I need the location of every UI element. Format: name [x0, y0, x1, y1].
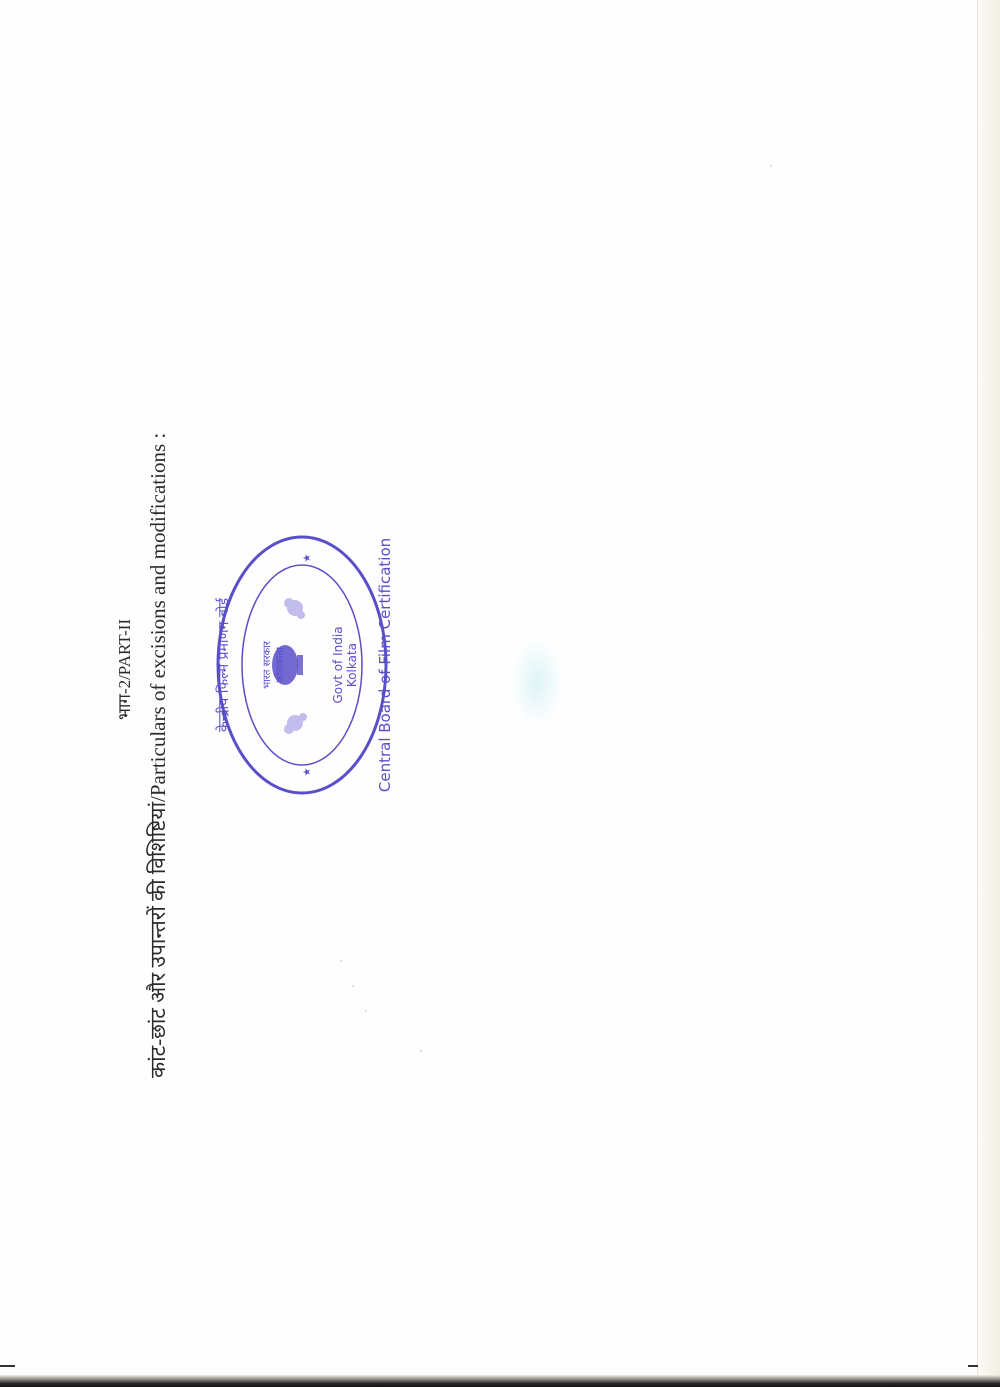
crop-mark-left	[0, 1365, 15, 1367]
scanner-bottom-border	[0, 1375, 1000, 1387]
stamp-inner-english-2: Kolkata	[345, 643, 359, 687]
stamp-star-right: ★	[302, 553, 313, 562]
dust-speck	[352, 985, 354, 987]
scanned-page: भाग-2/PART-II कांट-छांट और उपान्तरों की …	[0, 0, 1000, 1387]
dust-speck	[365, 1010, 367, 1012]
part-label: भाग-2/PART-II	[112, 619, 135, 720]
section-heading: कांट-छांट और उपान्तरों की विशिष्टियां/Pa…	[144, 433, 172, 1078]
faint-cyan-smudge	[512, 640, 562, 725]
dust-speck	[340, 960, 342, 962]
stamp-inner-hindi-1: भारत सरकार	[262, 640, 273, 689]
stamp-star-left: ★	[302, 767, 313, 776]
stamp-inner-english-1: Govt of India	[331, 626, 345, 703]
national-emblem-icon	[272, 645, 303, 685]
page-edge-shadow	[977, 0, 1000, 1387]
stamp-outer-hindi: केन्द्रीय फिल्म प्रमाणन बोर्ड	[215, 597, 232, 732]
crop-mark-right	[968, 1365, 978, 1367]
dust-speck	[770, 165, 772, 167]
cbfc-seal-stamp: केन्द्रीय फिल्म प्रमाणन बोर्ड Central Bo…	[215, 533, 390, 798]
dust-speck	[420, 1050, 422, 1052]
stamp-outer-english: Central Board of Film Certification	[376, 538, 390, 792]
